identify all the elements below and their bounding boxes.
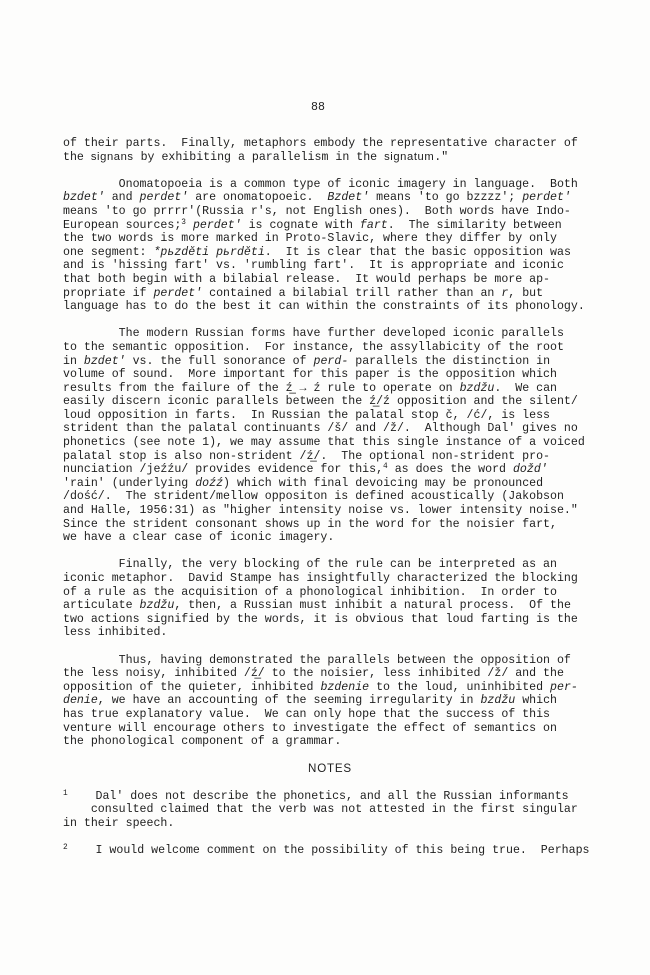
footnote: 1 Dal' does not describe the phonetics, … xyxy=(63,790,597,831)
page-number: 88 xyxy=(63,101,573,114)
footnote: 2 I would welcome comment on the possibi… xyxy=(63,844,597,858)
body-text: of their parts. Finally, metaphors embod… xyxy=(63,137,597,749)
notes-heading: NOTES xyxy=(63,762,597,776)
document-page: 88 of their parts. Finally, metaphors em… xyxy=(0,0,650,975)
paragraph: Finally, the very blocking of the rule c… xyxy=(63,558,597,640)
paragraph: Thus, having demonstrated the parallels … xyxy=(63,654,597,749)
paragraph: of their parts. Finally, metaphors embod… xyxy=(63,137,597,164)
paragraph: The modern Russian forms have further de… xyxy=(63,327,597,545)
footnotes: 1 Dal' does not describe the phonetics, … xyxy=(63,790,597,858)
paragraph: Onomatopoeia is a common type of iconic … xyxy=(63,178,597,314)
text-column: of their parts. Finally, metaphors embod… xyxy=(63,137,597,871)
